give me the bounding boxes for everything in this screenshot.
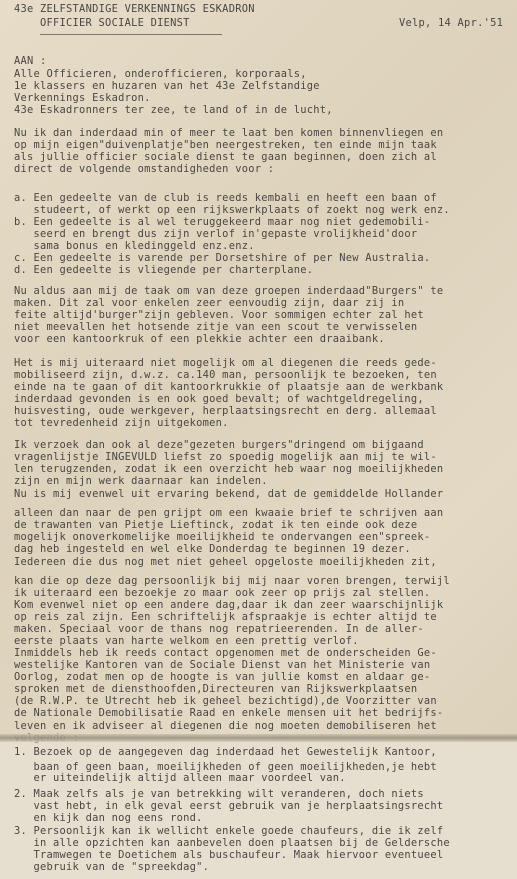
text-line: tot tevredenheid zijn uitgekomen.: [14, 417, 229, 430]
text-line: direct de volgende omstandigheden voor :: [14, 163, 274, 176]
list-item: 1. Bezoek op de aangegeven dag inderdaad…: [14, 746, 437, 759]
text-line: dag heb ingesteld en wel elke Donderdag …: [14, 543, 411, 556]
letterhead-office: OFFICIER SOCIALE DIENST: [40, 17, 190, 30]
list-item: d. Een gedeelte is vliegende per charter…: [14, 264, 313, 277]
text-line: Iedereen die dus nog met niet geheel opg…: [14, 556, 437, 569]
list-item: er uiteindelijk altijd alleen maar voord…: [14, 772, 346, 785]
text-line: de Nationale Demobilisatie Raad en enkel…: [14, 707, 443, 720]
text-line: voor een kantoorkruk of een plekkie acht…: [14, 333, 385, 346]
addressee-line: 43e Eskadronners ter zee, te land of in …: [14, 104, 333, 117]
letter-page: 43e ZELFSTANDIGE VERKENNINGS ESKADRON OF…: [0, 0, 517, 879]
text-line: zijn en mijn werk daarnaar kan indelen.: [14, 475, 268, 488]
addressee-label: AAN :: [14, 55, 47, 68]
list-item: en kijk dan nog eens rond.: [14, 812, 203, 825]
letterhead-unit: 43e ZELFSTANDIGE VERKENNINGS ESKADRON: [14, 3, 255, 16]
paper-fold-crease: [0, 734, 517, 742]
list-item: gebruik van de "spreekdag".: [14, 861, 209, 874]
text-line: Nu is mij evenwel uit ervaring bekend, d…: [14, 488, 443, 501]
letterhead-underline: [40, 34, 222, 35]
place-date: Velp, 14 Apr.'51: [399, 17, 503, 30]
